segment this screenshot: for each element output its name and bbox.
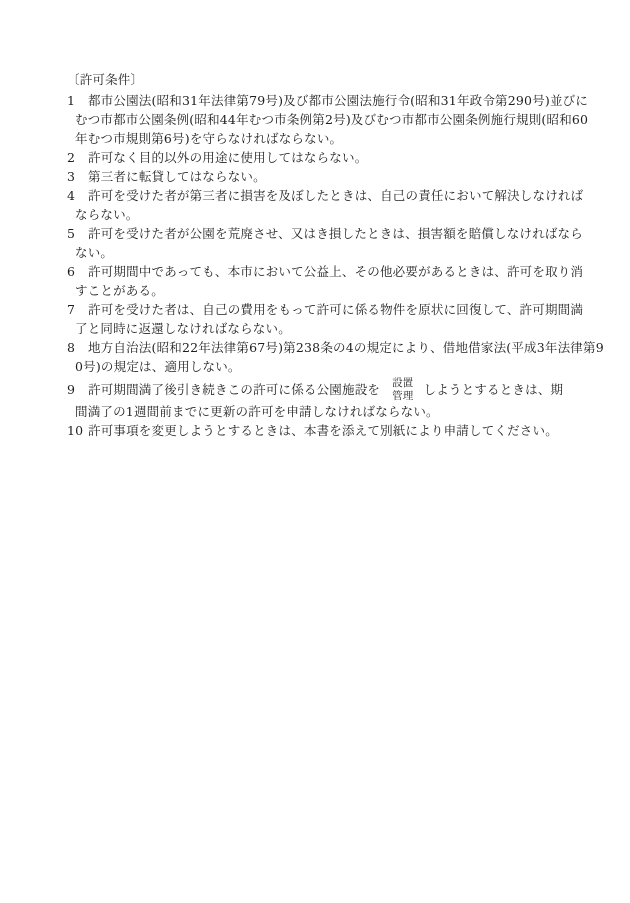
condition-item: 2許可なく目的以外の用途に使用してはならない。 [67, 148, 573, 167]
condition-line: 了と同時に返還しなければならない。 [67, 319, 573, 338]
condition-text-before: 許可期間満了後引き続きこの許可に係る公園施設を [88, 380, 380, 399]
condition-item: 10許可事項を変更しようとするときは、本書を添えて別紙により申請してください。 [67, 421, 573, 440]
condition-text: 許可を受けた者が公園を荒廃させ、又はき損したときは、損害額を賠償しなければなら [88, 226, 583, 241]
condition-number: 8 [67, 338, 88, 357]
condition-number: 2 [67, 148, 88, 167]
condition-line: 4許可を受けた者が第三者に損害を及ぼしたときは、自己の責任において解決しなければ [67, 186, 573, 205]
condition-text: 地方自治法(昭和22年法律第67号)第238条の4の規定により、借地借家法(平成… [88, 340, 604, 355]
condition-text: 許可なく目的以外の用途に使用してはならない。 [88, 150, 367, 165]
condition-number: 6 [67, 262, 88, 281]
condition-line: 7許可を受けた者は、自己の費用をもって許可に係る物件を原状に回復して、許可期間満 [67, 300, 573, 319]
condition-number: 10 [67, 421, 88, 440]
condition-line: ない。 [67, 243, 573, 262]
stacked-option-bottom: 管理 [392, 390, 413, 403]
condition-item: 1都市公園法(昭和31年法律第79号)及び都市公園法施行令(昭和31年政令第29… [67, 91, 573, 148]
stacked-option-top: 設置 [392, 377, 413, 390]
permit-conditions-heading: 〔許可条件〕 [67, 70, 573, 89]
condition-number: 4 [67, 186, 88, 205]
condition-number: 9 [67, 380, 88, 399]
condition-line: むつ市都市公園条例(昭和44年むつ市条例第2号)及びむつ市都市公園条例施行規則(… [67, 110, 573, 129]
condition-line: すことがある。 [67, 281, 573, 300]
condition-line: ならない。 [67, 205, 573, 224]
condition-text: 都市公園法(昭和31年法律第79号)及び都市公園法施行令(昭和31年政令第290… [88, 93, 588, 108]
condition-item: 7許可を受けた者は、自己の費用をもって許可に係る物件を原状に回復して、許可期間満… [67, 300, 573, 338]
document-page: 〔許可条件〕 1都市公園法(昭和31年法律第79号)及び都市公園法施行令(昭和3… [0, 0, 630, 903]
condition-item: 4許可を受けた者が第三者に損害を及ぼしたときは、自己の責任において解決しなければ… [67, 186, 573, 224]
condition-item: 6許可期間中であっても、本市において公益上、その他必要があるときは、許可を取り消… [67, 262, 573, 300]
condition-number: 3 [67, 167, 88, 186]
condition-number: 7 [67, 300, 88, 319]
condition-line: 年むつ市規則第6号)を守らなければならない。 [67, 129, 573, 148]
condition-line: 3第三者に転貸してはならない。 [67, 167, 573, 186]
conditions-list: 1都市公園法(昭和31年法律第79号)及び都市公園法施行令(昭和31年政令第29… [67, 91, 573, 440]
permit-conditions-section: 〔許可条件〕 1都市公園法(昭和31年法律第79号)及び都市公園法施行令(昭和3… [67, 70, 573, 440]
condition-line: 6許可期間中であっても、本市において公益上、その他必要があるときは、許可を取り消 [67, 262, 573, 281]
condition-item: 9許可期間満了後引き続きこの許可に係る公園施設を設置管理しようとするときは、期間… [67, 376, 573, 421]
condition-line: 2許可なく目的以外の用途に使用してはならない。 [67, 148, 573, 167]
condition-line: 0号)の規定は、適用しない。 [67, 357, 573, 376]
condition-text: 許可を受けた者は、自己の費用をもって許可に係る物件を原状に回復して、許可期間満 [88, 302, 583, 317]
condition-text: 第三者に転貸してはならない。 [88, 169, 266, 184]
stacked-options: 設置管理 [392, 377, 413, 402]
condition-text: 許可期間中であっても、本市において公益上、その他必要があるときは、許可を取り消 [88, 264, 583, 279]
condition-item: 3第三者に転貸してはならない。 [67, 167, 573, 186]
condition-line: 1都市公園法(昭和31年法律第79号)及び都市公園法施行令(昭和31年政令第29… [67, 91, 573, 110]
condition-number: 5 [67, 224, 88, 243]
condition-line: 間満了の1週間前までに更新の許可を申請しなければならない。 [67, 402, 573, 421]
condition-item: 8地方自治法(昭和22年法律第67号)第238条の4の規定により、借地借家法(平… [67, 338, 573, 376]
condition-text: 許可を受けた者が第三者に損害を及ぼしたときは、自己の責任において解決しなければ [88, 188, 583, 203]
condition-text-after: しようとするときは、期 [424, 380, 564, 399]
condition-line: 10許可事項を変更しようとするときは、本書を添えて別紙により申請してください。 [67, 421, 573, 440]
condition-line: 5許可を受けた者が公園を荒廃させ、又はき損したときは、損害額を賠償しなければなら [67, 224, 573, 243]
condition-item: 5許可を受けた者が公園を荒廃させ、又はき損したときは、損害額を賠償しなければなら… [67, 224, 573, 262]
condition-number: 1 [67, 91, 88, 110]
condition-line: 9許可期間満了後引き続きこの許可に係る公園施設を設置管理しようとするときは、期 [67, 376, 573, 402]
condition-text: 許可事項を変更しようとするときは、本書を添えて別紙により申請してください。 [88, 423, 558, 438]
condition-line: 8地方自治法(昭和22年法律第67号)第238条の4の規定により、借地借家法(平… [67, 338, 573, 357]
